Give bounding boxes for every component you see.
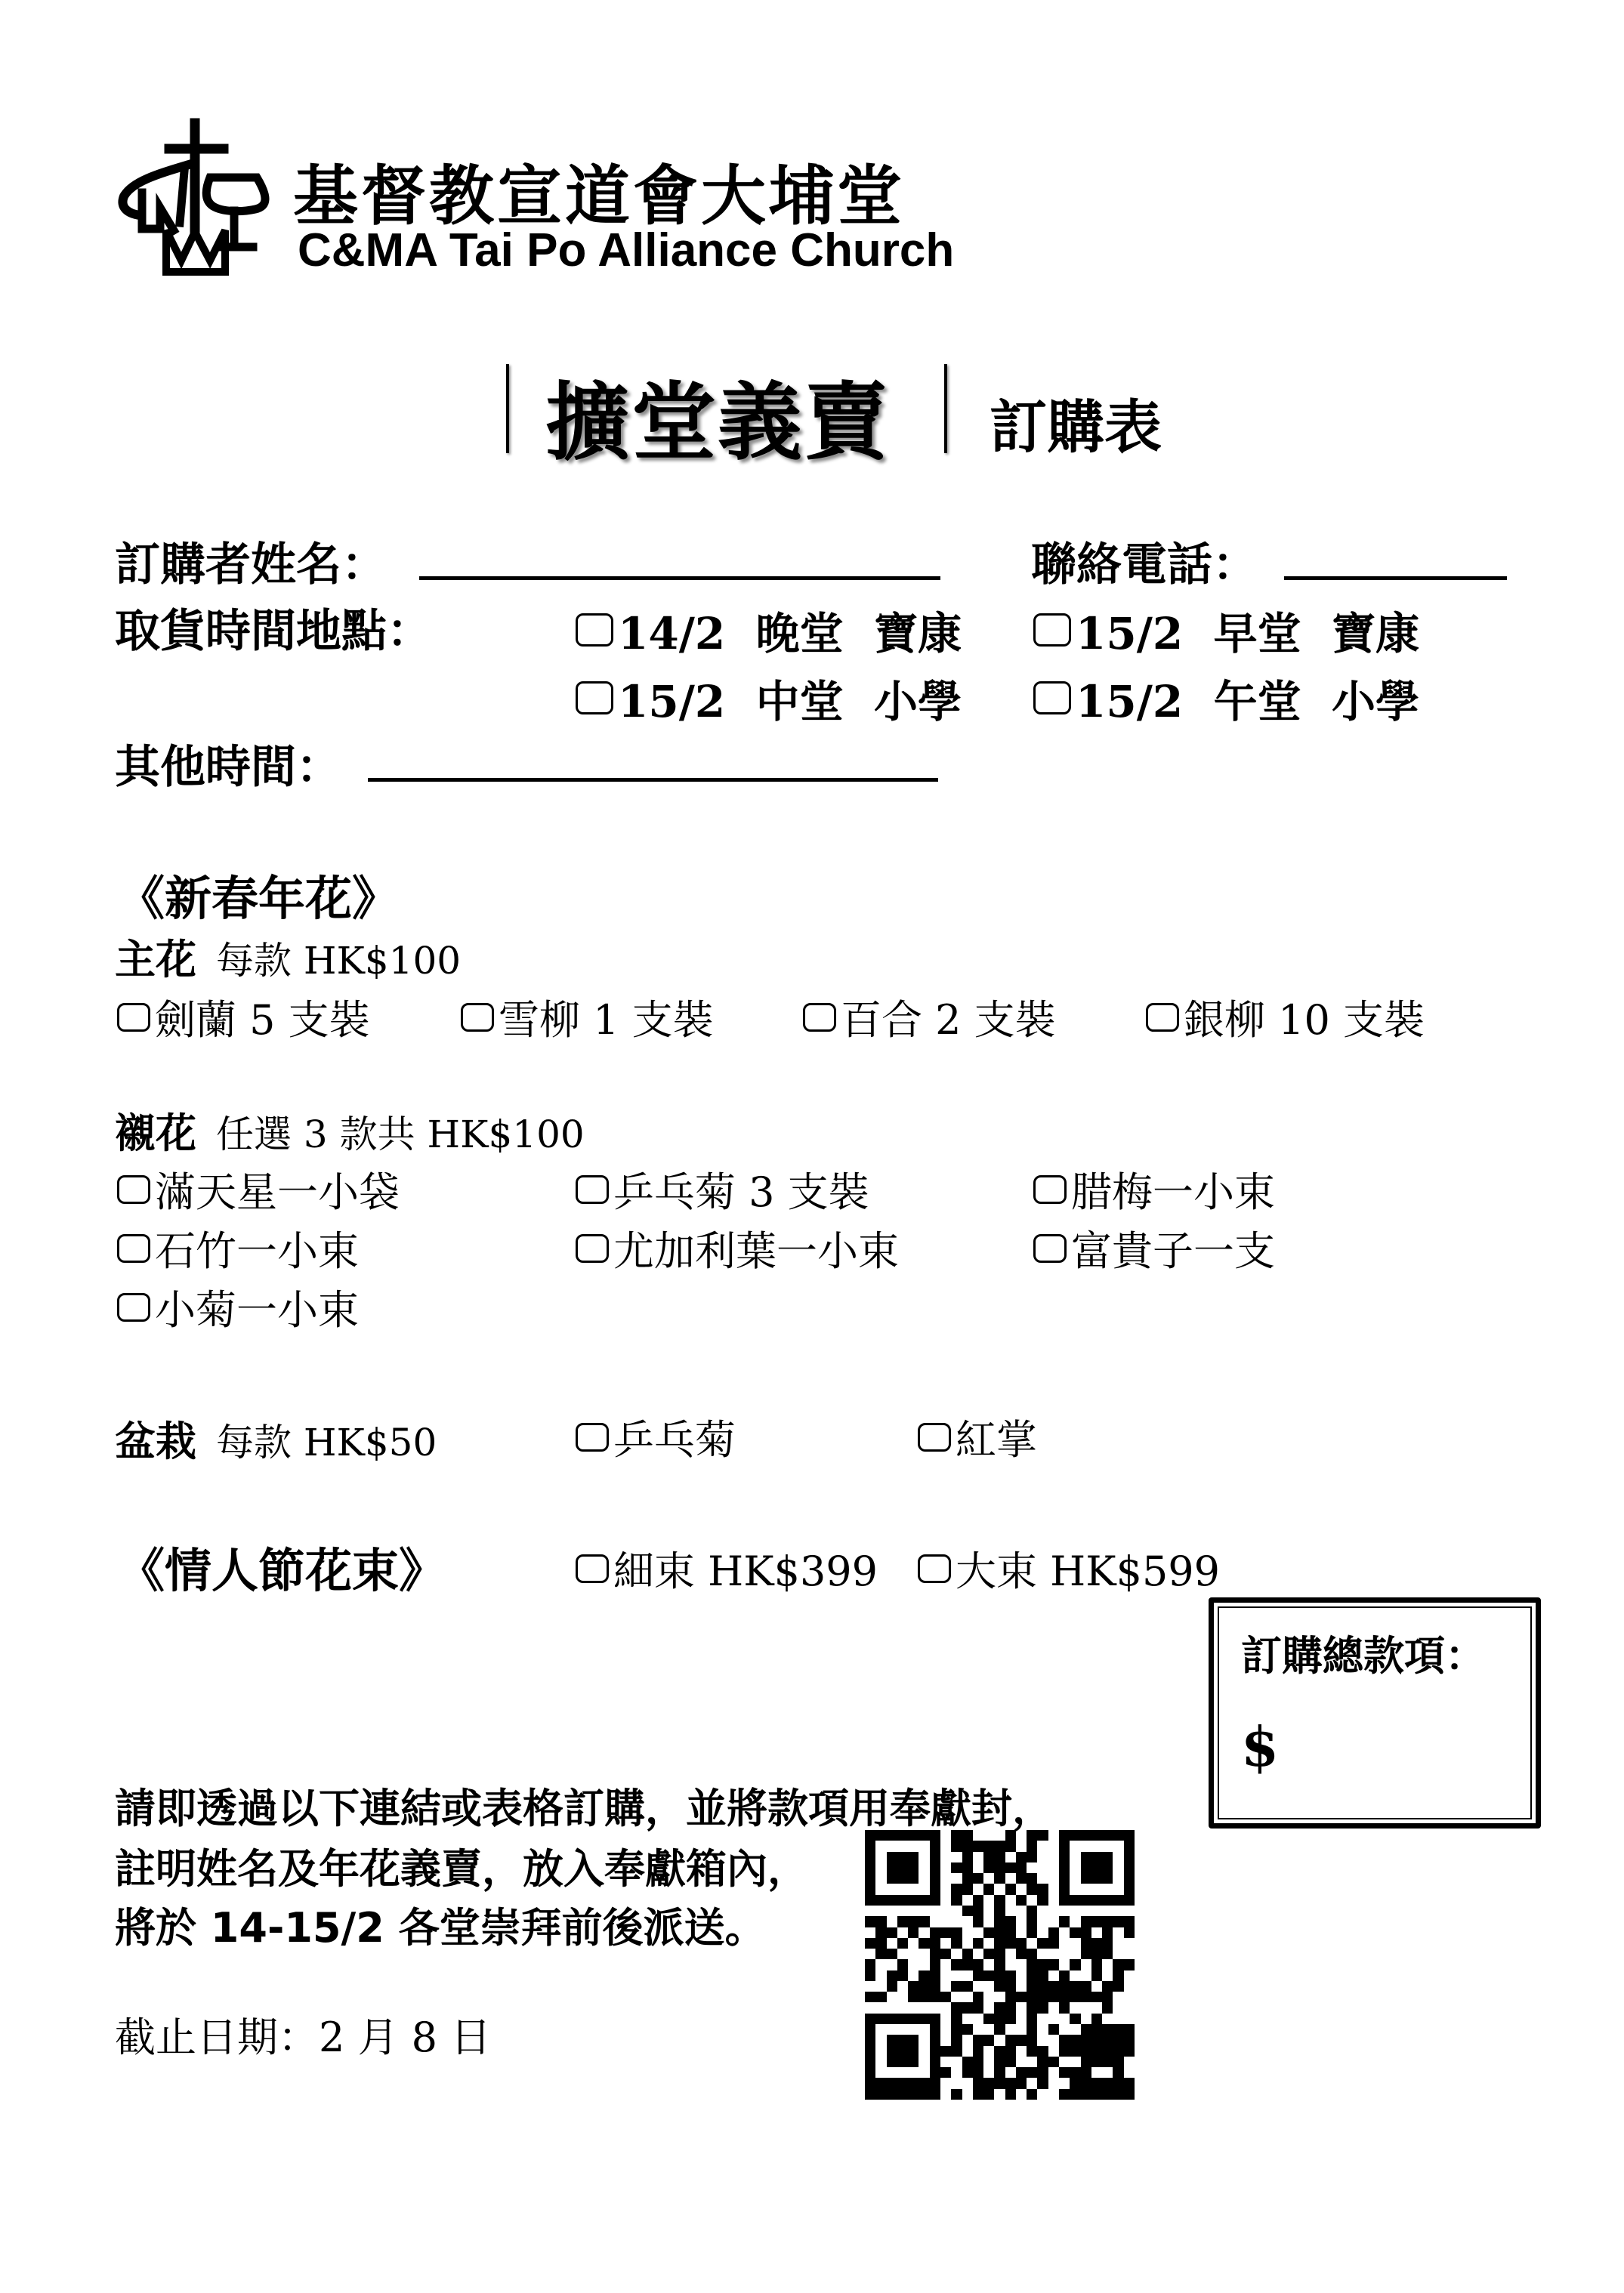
potted-plants-header: 盆栽 每款 HK$50 [115, 1409, 437, 1467]
potted-plants-category: 盆栽 [115, 1409, 196, 1467]
option-label: 細束 HK$399 [613, 1539, 878, 1597]
order-total-currency: $ [1241, 1714, 1279, 1779]
filler-flowers-category: 襯花 [115, 1101, 196, 1159]
pickup-option[interactable]: 15/2 中堂 小學 [576, 666, 962, 730]
option-label: 雪柳 1 支裝 [499, 988, 714, 1046]
option-label: 乒乓菊 [613, 1408, 736, 1466]
order-total-label: 訂購總款項： [1241, 1624, 1486, 1682]
name-label: 訂購者姓名： [115, 529, 387, 594]
church-logo [113, 117, 287, 279]
checkbox[interactable] [117, 1175, 150, 1204]
cross-chalice-crown-logo-icon [113, 117, 287, 279]
option-label: 銀柳 10 支裝 [1184, 988, 1425, 1046]
option-label: 腊梅一小束 [1071, 1160, 1275, 1218]
main-flower-option[interactable]: 雪柳 1 支裝 [461, 988, 714, 1046]
main-flowers-header: 主花 每款 HK$100 [115, 927, 461, 986]
filler-flowers-price: 任選 3 款共 HK$100 [216, 1104, 585, 1159]
title-left-divider [506, 364, 509, 453]
checkbox[interactable] [461, 1003, 494, 1032]
pickup-option-label: 15/2 中堂 小學 [618, 666, 962, 730]
checkbox[interactable] [117, 1234, 150, 1263]
pickup-option[interactable]: 15/2 午堂 小學 [1033, 666, 1419, 730]
name-field[interactable] [419, 576, 940, 580]
potted-plant-option[interactable]: 乒乓菊 [576, 1408, 736, 1466]
checkbox[interactable] [1033, 1234, 1067, 1263]
option-label: 石竹一小束 [155, 1219, 359, 1277]
option-label: 小菊一小束 [155, 1278, 359, 1336]
main-flowers-price: 每款 HK$100 [216, 930, 461, 985]
option-label: 百合 2 支裝 [841, 988, 1056, 1046]
checkbox[interactable] [1033, 681, 1071, 714]
filler-flower-option[interactable]: 石竹一小束 [117, 1219, 359, 1277]
potted-plant-option[interactable]: 紅掌 [918, 1408, 1037, 1466]
option-label: 尤加利葉一小束 [613, 1219, 899, 1277]
page-title: 擴堂義賣 [545, 355, 890, 477]
filler-flower-option[interactable]: 小菊一小束 [117, 1278, 359, 1336]
phone-label: 聯絡電話： [1031, 529, 1258, 594]
checkbox[interactable] [117, 1293, 150, 1322]
instruction-line: 註明姓名及年花義賣，放入奉獻箱內， [115, 1837, 808, 1895]
checkbox[interactable] [1033, 613, 1071, 647]
checkbox[interactable] [918, 1423, 951, 1452]
valentine-heading: 《情人節花束》 [118, 1533, 446, 1600]
title-right-divider [944, 364, 947, 453]
checkbox[interactable] [576, 1175, 609, 1204]
valentine-option[interactable]: 大束 HK$599 [918, 1539, 1220, 1597]
main-flower-option[interactable]: 銀柳 10 支裝 [1146, 988, 1425, 1046]
valentine-option[interactable]: 細束 HK$399 [576, 1539, 878, 1597]
pickup-option[interactable]: 14/2 晚堂 寶康 [576, 598, 962, 662]
checkbox[interactable] [576, 613, 613, 647]
pickup-option-label: 15/2 午堂 小學 [1076, 666, 1419, 730]
pickup-option-label: 14/2 晚堂 寶康 [618, 598, 962, 662]
checkbox[interactable] [576, 681, 613, 714]
spring-flowers-heading: 《新春年花》 [118, 861, 399, 928]
instruction-line: 請即透過以下連結或表格訂購，並將款項用奉獻封， [115, 1776, 1053, 1835]
pickup-option-label: 15/2 早堂 寶康 [1076, 598, 1419, 662]
checkbox[interactable] [576, 1234, 609, 1263]
option-label: 紅掌 [956, 1408, 1037, 1466]
filler-flowers-header: 襯花 任選 3 款共 HK$100 [115, 1101, 585, 1159]
filler-flower-option[interactable]: 腊梅一小束 [1033, 1160, 1275, 1218]
phone-field[interactable] [1284, 576, 1507, 580]
option-label: 富貴子一支 [1071, 1219, 1275, 1277]
org-name-en: C&MA Tai Po Alliance Church [298, 224, 954, 277]
qr-code-icon[interactable] [865, 1830, 1135, 2100]
checkbox[interactable] [1146, 1003, 1179, 1032]
order-total-box[interactable]: 訂購總款項： $ [1209, 1597, 1541, 1829]
other-time-field[interactable] [368, 778, 938, 782]
checkbox[interactable] [117, 1003, 150, 1032]
other-time-label: 其他時間： [115, 731, 341, 796]
deadline-text: 截止日期：2 月 8 日 [115, 2005, 491, 2063]
filler-flower-option[interactable]: 乒乓菊 3 支裝 [576, 1160, 869, 1218]
filler-flower-option[interactable]: 尤加利葉一小束 [576, 1219, 899, 1277]
potted-plants-price: 每款 HK$50 [216, 1412, 437, 1467]
filler-flower-option[interactable]: 滿天星一小袋 [117, 1160, 400, 1218]
page-subtitle: 訂購表 [990, 381, 1162, 464]
option-label: 乒乓菊 3 支裝 [613, 1160, 869, 1218]
option-label: 大束 HK$599 [956, 1539, 1220, 1597]
checkbox[interactable] [576, 1423, 609, 1452]
option-label: 滿天星一小袋 [155, 1160, 400, 1218]
checkbox[interactable] [576, 1554, 609, 1583]
filler-flower-option[interactable]: 富貴子一支 [1033, 1219, 1275, 1277]
checkbox[interactable] [803, 1003, 836, 1032]
main-flower-option[interactable]: 百合 2 支裝 [803, 988, 1056, 1046]
checkbox[interactable] [918, 1554, 951, 1583]
main-flower-option[interactable]: 劍蘭 5 支裝 [117, 988, 370, 1046]
pickup-label: 取貨時間地點： [115, 595, 432, 660]
checkbox[interactable] [1033, 1175, 1067, 1204]
option-label: 劍蘭 5 支裝 [155, 988, 370, 1046]
pickup-option[interactable]: 15/2 早堂 寶康 [1033, 598, 1419, 662]
instruction-line: 將於 14-15/2 各堂崇拜前後派送。 [115, 1896, 766, 1954]
main-flowers-category: 主花 [115, 927, 196, 986]
